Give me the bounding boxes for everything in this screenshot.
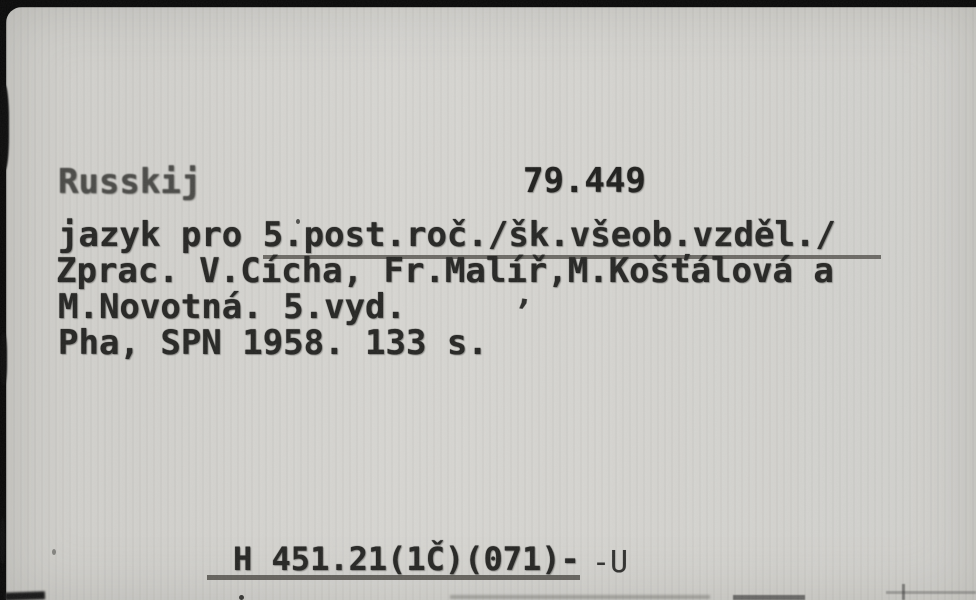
responsibility-line-2: M.Novotná. 5.vyd. xyxy=(58,290,406,324)
scan-edge-artifact xyxy=(886,591,976,594)
call-number: H 451.21(1Č)(071)- xyxy=(207,543,580,580)
scan-edge-artifact xyxy=(902,584,905,600)
scanned-catalog-card: Russkij 79.449 jazyk pro 5.post.roč./šk.… xyxy=(0,0,976,600)
scan-edge-top xyxy=(0,0,976,7)
scan-edge-artifact xyxy=(0,333,7,385)
ink-speck xyxy=(52,549,56,555)
title-prefix: jazyk pro xyxy=(58,215,263,255)
accession-number: 79.449 xyxy=(523,164,646,198)
catalog-card: Russkij 79.449 jazyk pro 5.post.roč./šk.… xyxy=(6,7,976,600)
scan-edge-artifact xyxy=(450,595,710,599)
scan-edge-artifact xyxy=(5,591,45,600)
title-line: jazyk pro 5.post.roč./šk.všeob.vzděl./ xyxy=(58,218,881,252)
ink-speck xyxy=(296,219,300,224)
call-number-suffix: -U xyxy=(592,548,628,578)
scan-edge-artifact xyxy=(0,85,9,170)
responsibility-line-1: Zprac. V.Cícha, Fr.Malíř,M.Košťálová a xyxy=(56,254,834,288)
ink-speck xyxy=(239,595,244,600)
scan-edge-artifact xyxy=(0,518,5,564)
imprint-line: Pha, SPN 1958. 133 s. xyxy=(58,326,488,360)
scan-edge-artifact xyxy=(733,595,805,600)
stray-ink-mark: ’ xyxy=(509,292,533,332)
subject-heading: Russkij xyxy=(58,165,201,199)
